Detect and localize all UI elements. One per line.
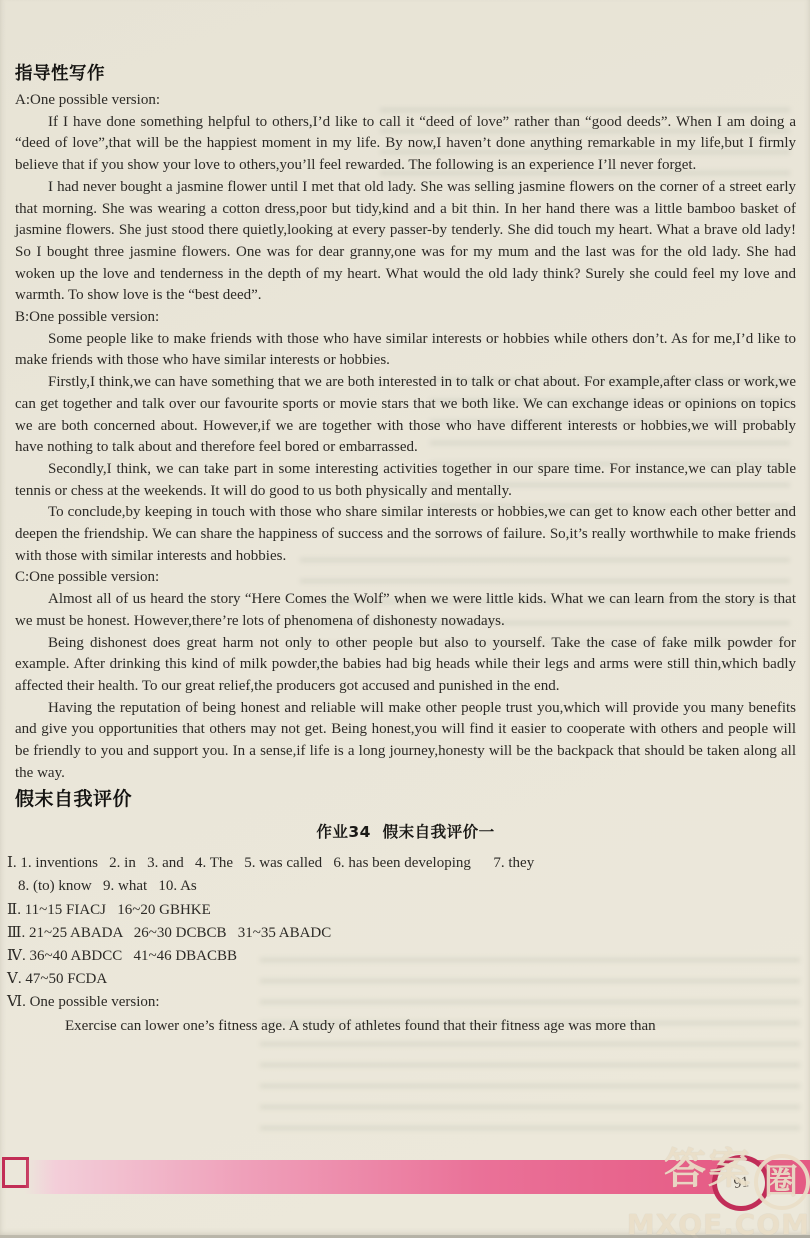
watermark-char: 案 bbox=[708, 1144, 752, 1193]
paragraph: To conclude,by keeping in touch with tho… bbox=[15, 502, 796, 567]
answer-key-block: Ⅰ. 1. inventions 2. in 3. and 4. The 5. … bbox=[7, 852, 796, 1014]
paragraph: Almost all of us heard the story “Here C… bbox=[15, 589, 796, 632]
paragraph: I had never bought a jasmine flower unti… bbox=[15, 177, 796, 307]
paragraph: Firstly,I think,we can have something th… bbox=[15, 372, 796, 459]
answer-line: 8. (to) know 9. what 10. As bbox=[7, 875, 796, 898]
paragraph: Being dishonest does great harm not only… bbox=[15, 633, 796, 698]
scanned-answer-page: 指导性写作 A:One possible version: If I have … bbox=[0, 0, 810, 1238]
watermark-logo: 答案圈 bbox=[550, 1140, 810, 1210]
answer-line: Ⅳ. 36~40 ABDCC 41~46 DBACBB bbox=[7, 945, 796, 968]
guided-writing-title: 指导性写作 bbox=[15, 64, 796, 85]
watermark-site-text: MXQE.COM bbox=[550, 1210, 810, 1238]
paragraph: Some people like to make friends with th… bbox=[15, 329, 796, 372]
watermark: 答案圈 MXQE.COM bbox=[550, 1140, 810, 1238]
version-label-b: B:One possible version: bbox=[15, 307, 796, 329]
paragraph: If I have done something helpful to othe… bbox=[15, 112, 796, 177]
paragraph: Secondly,I think, we can take part in so… bbox=[15, 459, 796, 502]
version-label-a: A:One possible version: bbox=[15, 90, 796, 112]
homework-title: 作业34 假末自我评价一 bbox=[15, 822, 796, 844]
answer-line: Ⅴ. 47~50 FCDA bbox=[7, 968, 796, 991]
watermark-circled-char: 圈 bbox=[754, 1154, 810, 1210]
watermark-char: 答 bbox=[664, 1144, 708, 1193]
page-content: 指导性写作 A:One possible version: If I have … bbox=[15, 64, 796, 1037]
answer-line: Ⅲ. 21~25 ABADA 26~30 DCBCB 31~35 ABADC bbox=[7, 922, 796, 945]
paragraph: Having the reputation of being honest an… bbox=[15, 698, 796, 785]
self-evaluation-title: 假末自我评价 bbox=[15, 789, 796, 810]
answer-line: Ⅵ. One possible version: bbox=[7, 991, 796, 1014]
answer-line: Ⅰ. 1. inventions 2. in 3. and 4. The 5. … bbox=[7, 852, 796, 875]
version-label-c: C:One possible version: bbox=[15, 567, 796, 589]
answer-line: Ⅱ. 11~15 FIACJ 16~20 GBHKE bbox=[7, 899, 796, 922]
essay-first-line: Exercise can lower one’s fitness age. A … bbox=[15, 1016, 796, 1038]
